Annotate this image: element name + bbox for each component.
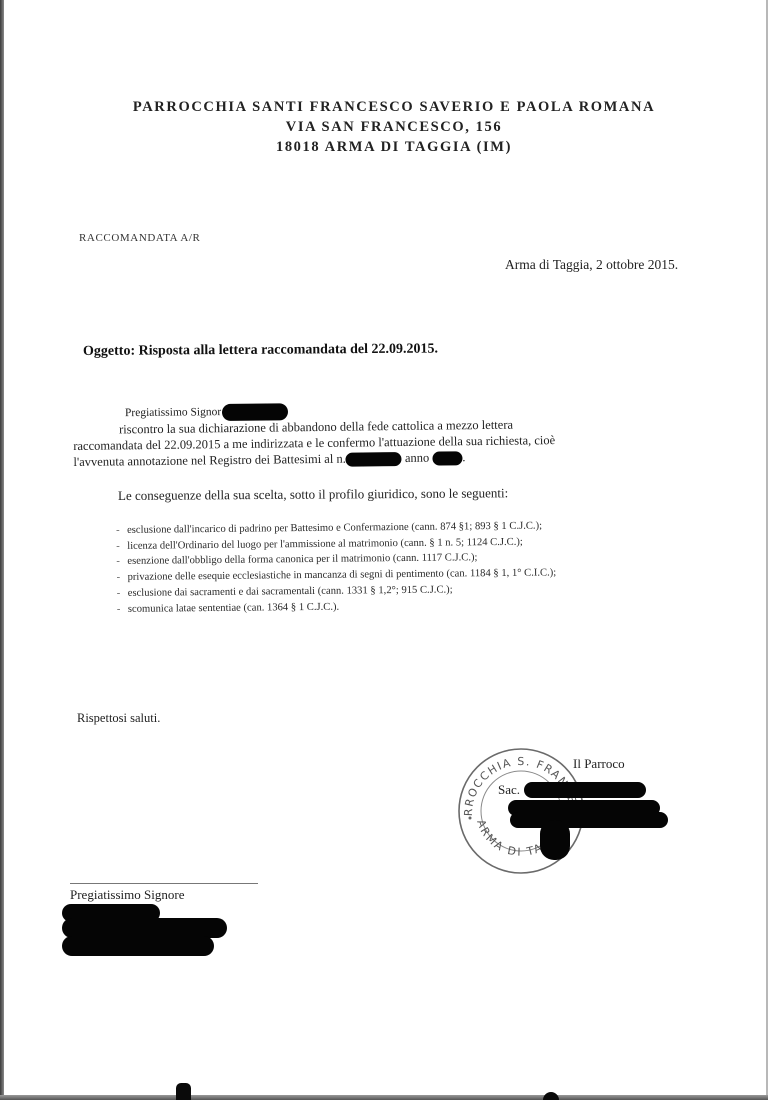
place-date: Arma di Taggia, 2 ottobre 2015.	[505, 257, 678, 273]
scan-edge-left	[0, 0, 4, 1100]
letterhead-parish-name: PARROCCHIA SANTI FRANCESCO SAVERIO E PAO…	[20, 97, 768, 117]
body-line-3-end: .	[462, 450, 465, 464]
redacted-signature-3	[540, 820, 570, 860]
redacted-signature-2	[510, 812, 668, 828]
redacted-signer-name	[524, 782, 646, 798]
salutation-text: Pregiatissimo Signor	[125, 406, 221, 419]
closing-greeting: Rispettosi saluti.	[77, 711, 160, 726]
scanned-letter-page: PARROCCHIA SANTI FRANCESCO SAVERIO E PAO…	[0, 0, 768, 1100]
redacted-register-number	[346, 452, 402, 467]
body-line-3-start: l'avvenuta annotazione nel Registro dei …	[73, 452, 345, 469]
letter-subject: Oggetto: Risposta alla lettera raccomand…	[83, 342, 438, 360]
letterhead-street: VIA SAN FRANCESCO, 156	[20, 117, 768, 137]
body-paragraph: riscontro la sua dichiarazione di abband…	[73, 414, 714, 470]
letterhead-city: 18018 ARMA DI TAGGIA (IM)	[20, 137, 768, 157]
redacted-name	[222, 403, 288, 421]
signer-prefix: Sac.	[498, 782, 520, 798]
binder-clip-mark-left	[176, 1083, 191, 1100]
signer-title: Il Parroco	[573, 756, 625, 772]
redacted-recipient-line-3	[62, 936, 214, 956]
redacted-year	[432, 451, 462, 465]
letterhead: PARROCCHIA SANTI FRANCESCO SAVERIO E PAO…	[0, 97, 768, 157]
recipient-label: Pregiatissimo Signore	[70, 887, 184, 903]
binder-clip-mark-right	[543, 1092, 559, 1100]
body-line-3-year-label: anno	[405, 451, 429, 465]
redacted-recipient-line-2	[62, 918, 227, 938]
recipient-rule	[70, 883, 258, 884]
consequences-list: esclusione dall'incarico di padrino per …	[116, 518, 557, 617]
consequences-intro: Le conseguenze della sua scelta, sotto i…	[118, 485, 508, 504]
delivery-method: RACCOMANDATA A/R	[79, 232, 201, 244]
signature-block: PARROCCHIA S. FRANCESCO ARMA DI TAGGIA I…	[450, 742, 690, 892]
scan-edge-bottom	[0, 1095, 768, 1100]
